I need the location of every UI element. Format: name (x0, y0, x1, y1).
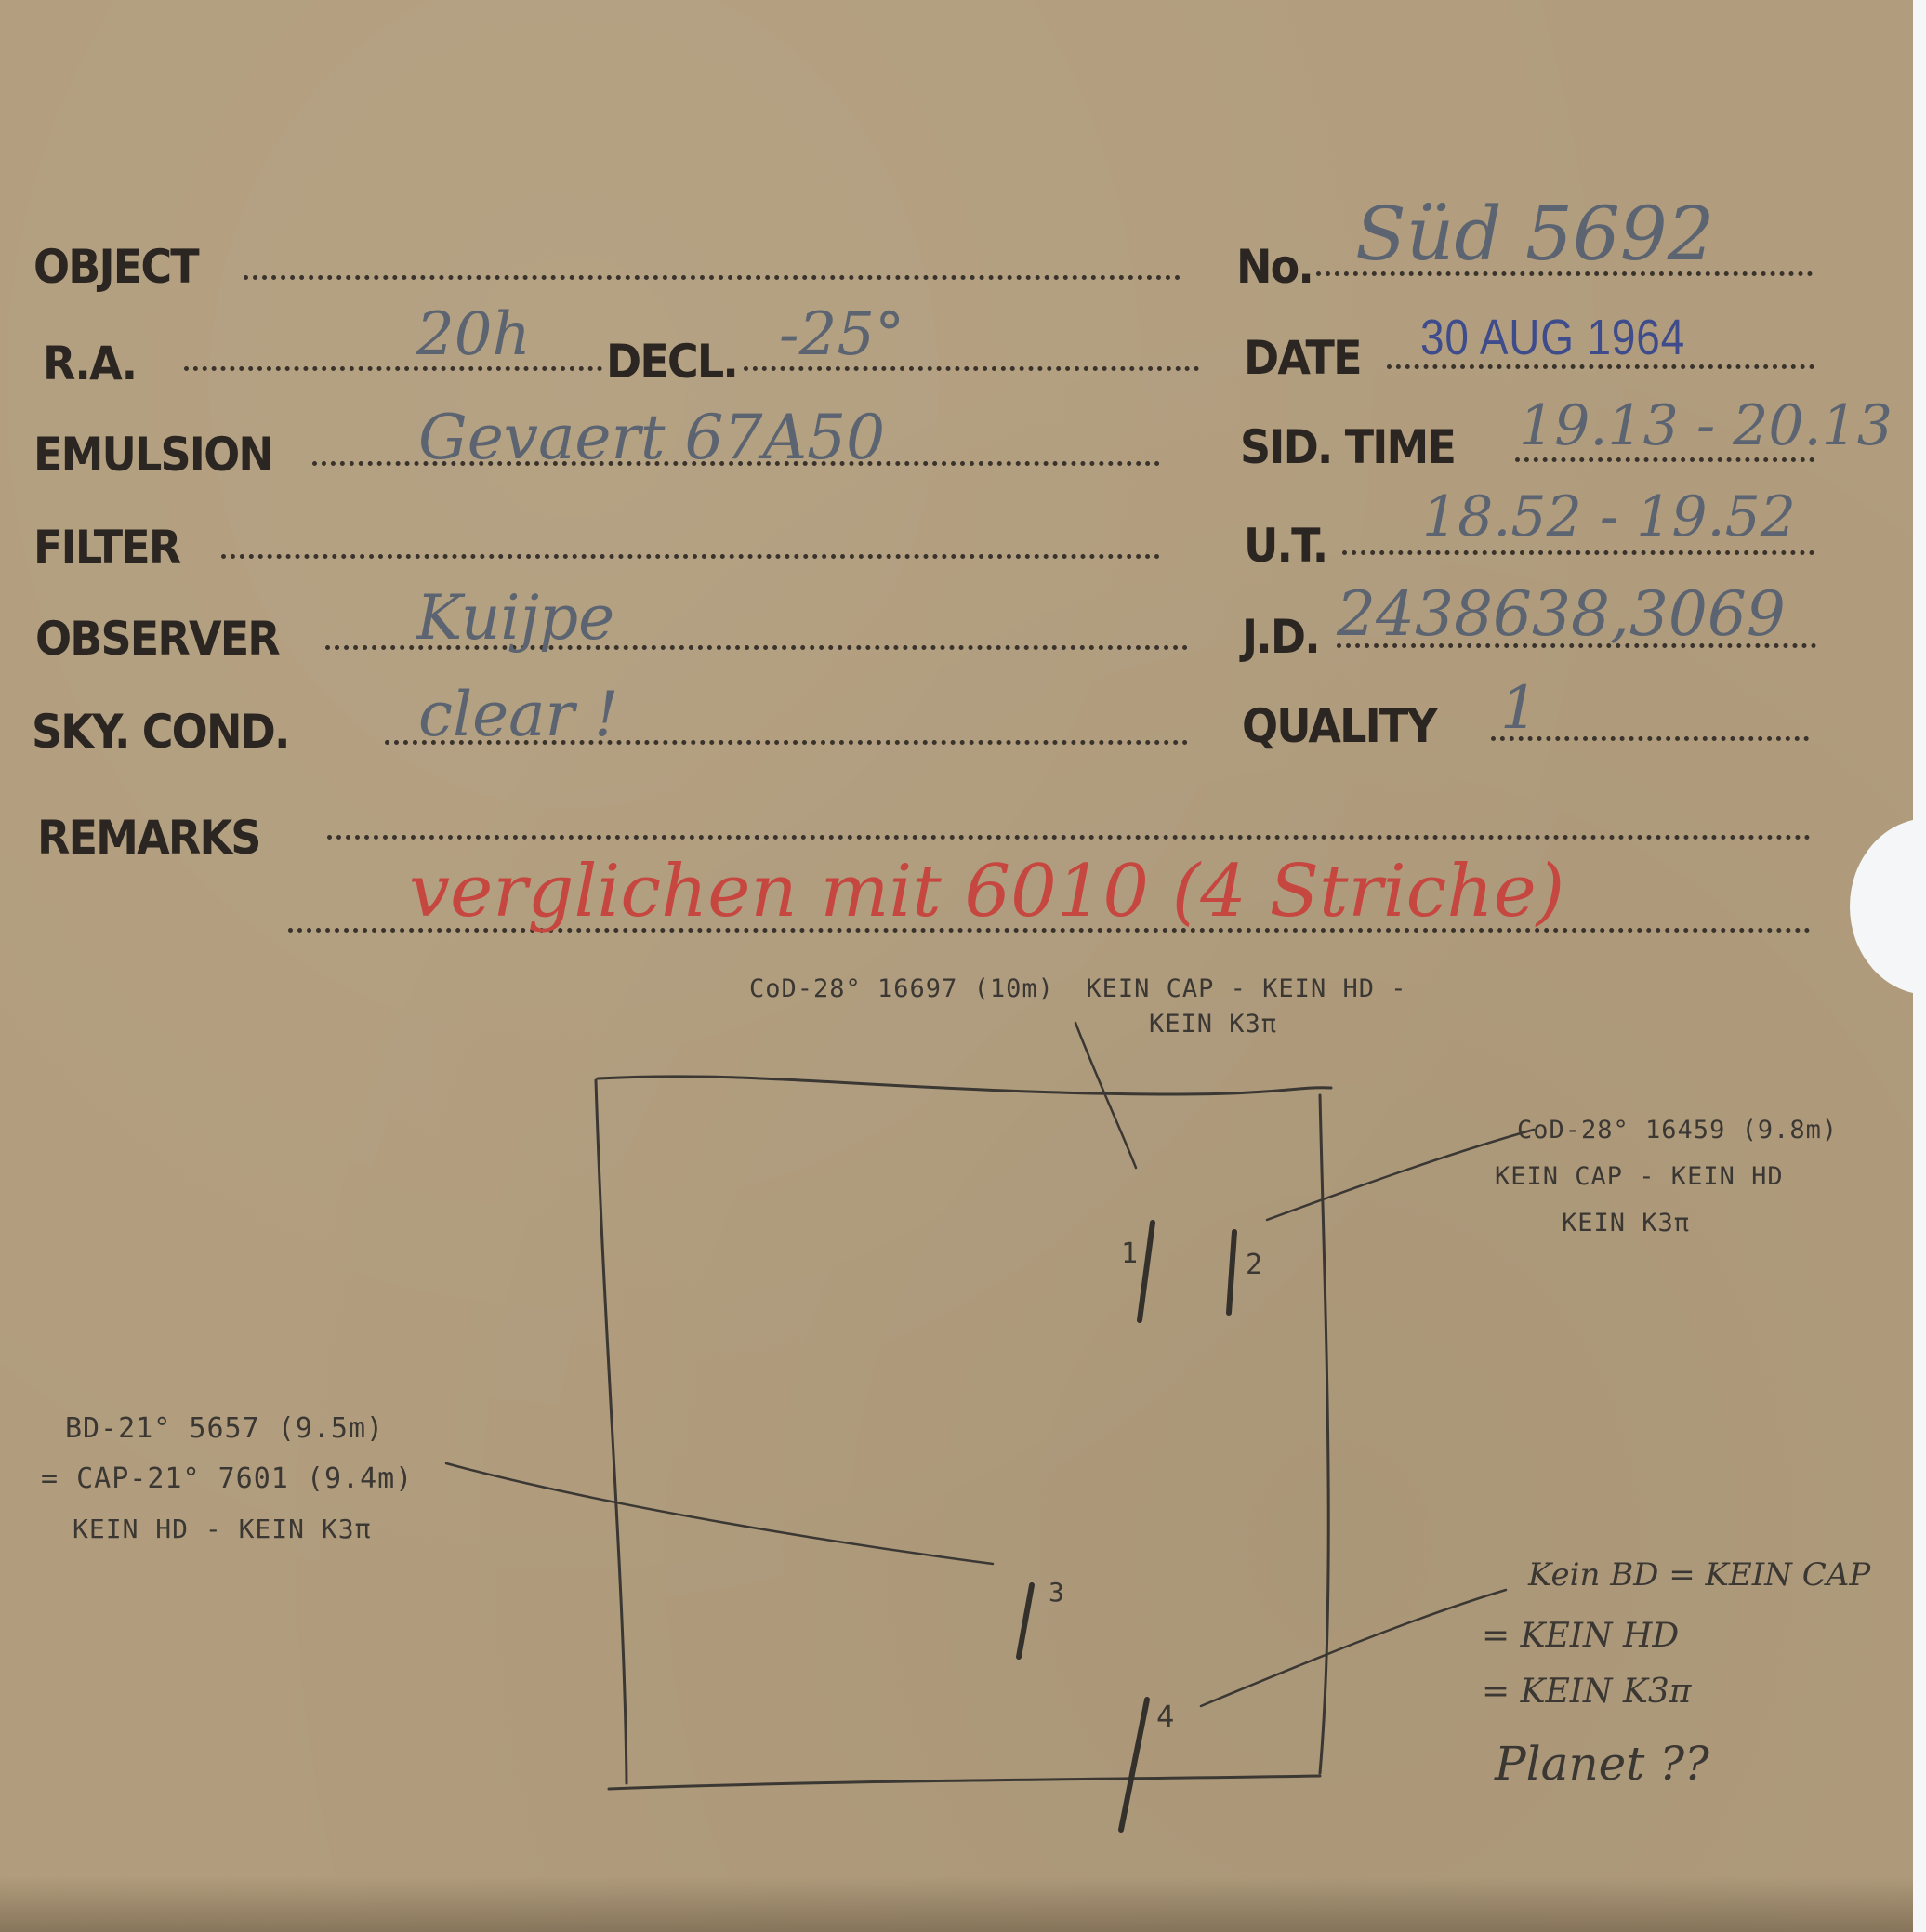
marker-label-1: 1 (1121, 1233, 1139, 1275)
annotation-star-4-line4: Planet ?? (1495, 1733, 1709, 1796)
annotation-star-2-line1: CoD-28° 16459 (9.8m) (1517, 1112, 1838, 1150)
marker-1-tick (1140, 1223, 1153, 1320)
annotation-star-3-line1: BD-21° 5657 (9.5m) (65, 1408, 384, 1449)
annotation-star-3-line2: = CAP-21° 7601 (9.4m) (41, 1458, 413, 1500)
annotation-star-4-line3: = KEIN K3π (1482, 1670, 1691, 1715)
marker-label-4: 4 (1156, 1694, 1175, 1739)
annotation-star-4-line1: Kein BD = KEIN CAP (1528, 1555, 1870, 1597)
annotation-star-3-line3: KEIN HD - KEIN K3π (73, 1510, 371, 1549)
marker-4-tick (1121, 1700, 1147, 1830)
annotation-star-2-line3: KEIN K3π (1562, 1205, 1690, 1243)
plate-envelope: OBJECT R.A. 20h DECL. -25° EMULSION Geva… (0, 0, 1913, 1932)
marker-3-tick (1019, 1585, 1032, 1657)
marker-label-3: 3 (1049, 1573, 1065, 1612)
annotation-star-1-line1: CoD-28° 16697 (10m) KEIN CAP - KEIN HD - (749, 971, 1406, 1009)
marker-label-2: 2 (1246, 1244, 1263, 1286)
annotation-star-4-line2: = KEIN HD (1482, 1614, 1679, 1660)
annotation-star-2-line2: KEIN CAP - KEIN HD (1495, 1158, 1784, 1197)
annotation-star-1-line2: KEIN K3π (1149, 1006, 1277, 1044)
marker-2-tick (1229, 1232, 1234, 1313)
